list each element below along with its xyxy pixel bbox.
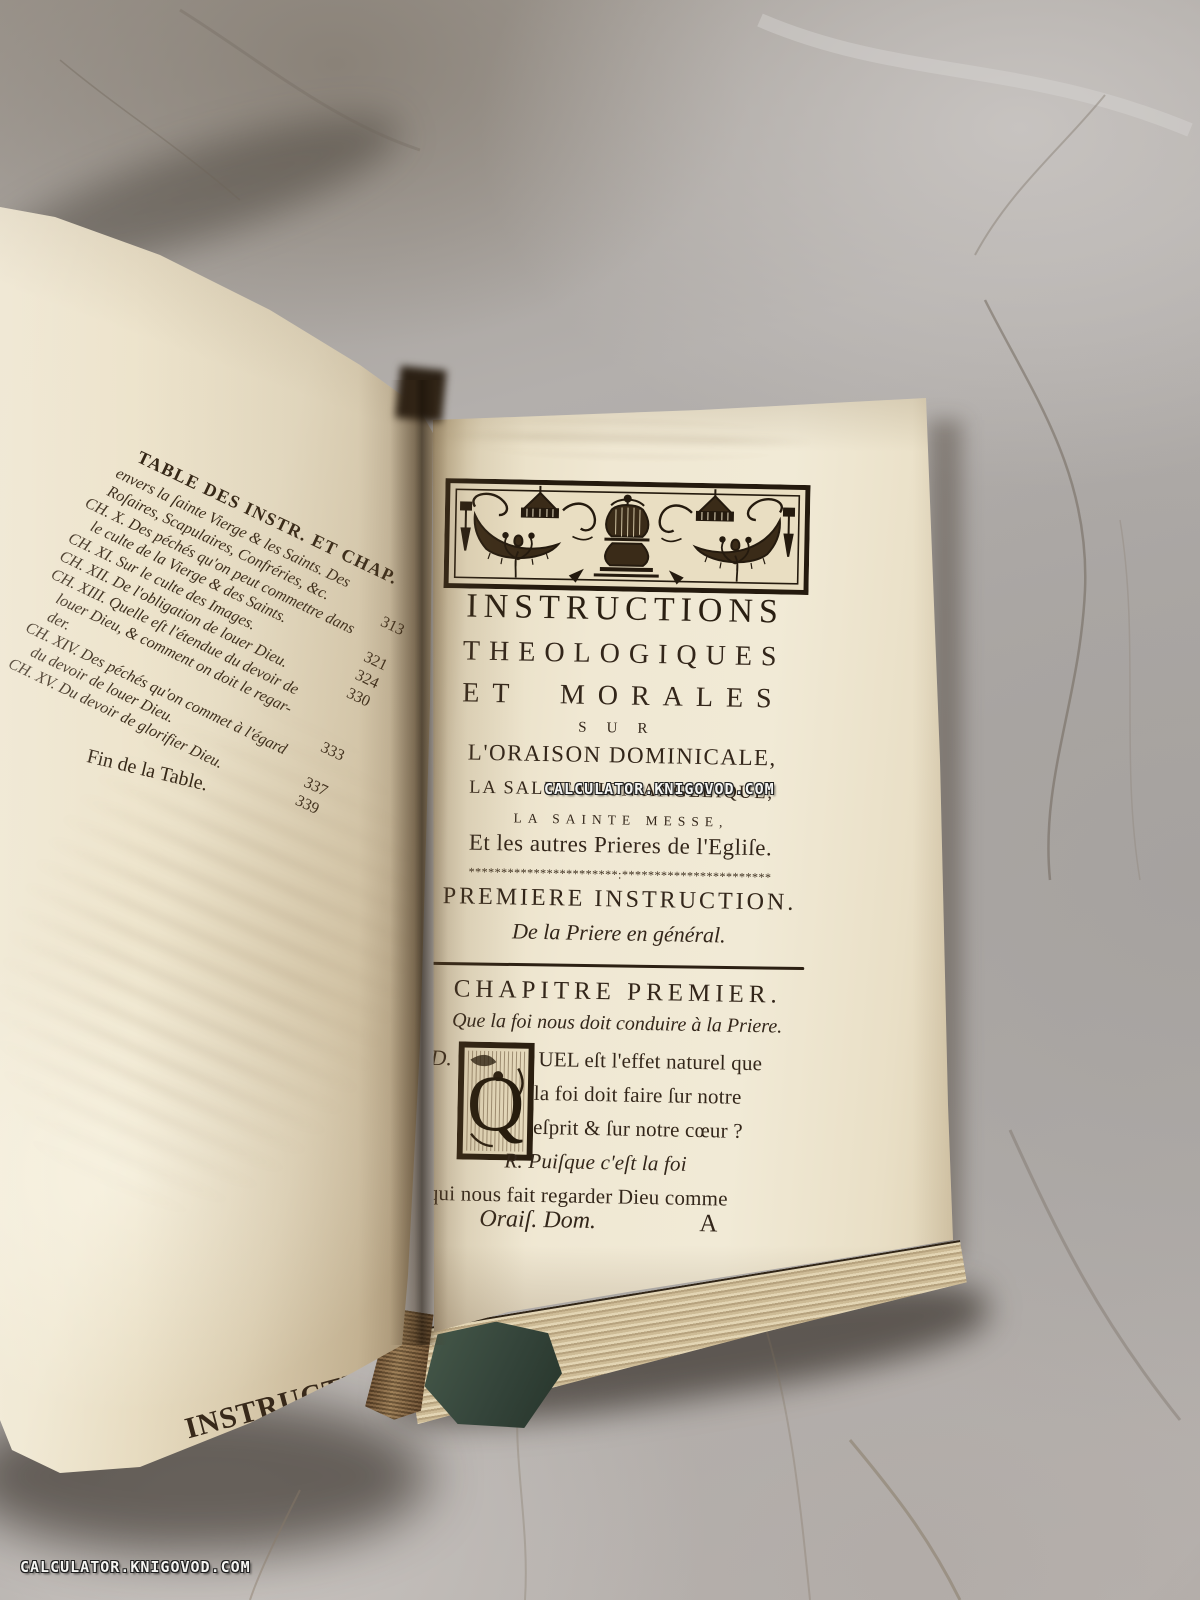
body-line-1: UEL eſt l'effet naturel que <box>538 1047 762 1076</box>
section-subtitle: De la Priere en général. <box>433 917 805 950</box>
right-page: INSTRUCTIONS THEOLOGIQUES ET MORALES SUR… <box>430 395 960 1340</box>
asterisk-divider: ***********************:****************… <box>434 864 806 886</box>
running-title-abbreviation: Oraiſ. Dom. <box>479 1206 596 1235</box>
chapter-heading: CHAPITRE PREMIER. <box>432 975 804 1010</box>
chapter-subtitle: Que la foi nous doit conduire à la Prier… <box>431 1009 803 1039</box>
title-line-7: LA SAINTE MESSE, <box>435 809 807 832</box>
toc-entry-page-number <box>348 730 357 748</box>
left-page: TABLE DES INSTR. ET CHAP. envers la ſain… <box>0 185 448 1487</box>
body-line-4: R. Puiſque c'eſt la foi <box>504 1148 687 1176</box>
right-page-content: INSTRUCTIONS THEOLOGIQUES ET MORALES SUR… <box>426 405 815 1292</box>
title-line-3: ET MORALES <box>437 677 810 716</box>
woodcut-headpiece-icon <box>443 478 810 595</box>
dropcap-Q-woodcut: Q <box>457 1041 535 1160</box>
section-heading: PREMIERE INSTRUCTION. <box>433 883 805 917</box>
gutter-top-gap <box>395 366 446 423</box>
title-line-2: THEOLOGIQUES <box>438 635 811 674</box>
page-footer: Oraiſ. Dom. A <box>427 1205 800 1252</box>
signature-mark: A <box>699 1210 718 1238</box>
show-through-band <box>442 413 815 466</box>
left-page-shading <box>0 185 448 1487</box>
headpiece-ornament <box>439 478 813 595</box>
horizontal-rule <box>432 962 804 970</box>
toc-rows: envers la ſainte Vierge & les Saints. De… <box>5 458 416 820</box>
table-of-contents: TABLE DES INSTR. ET CHAP. envers la ſain… <box>0 435 427 855</box>
title-line-5: L'ORAISON DOMINICALE, <box>436 739 808 772</box>
svg-text:Q: Q <box>466 1060 525 1149</box>
toc-entry-page-number <box>356 712 365 730</box>
dropcap-icon: Q <box>457 1041 535 1160</box>
toc-entry-page-number <box>407 605 416 623</box>
center-watermark: CALCULATOR.KNIGOVOD.COM <box>544 780 775 798</box>
photo-of-open-antique-book: TABLE DES INSTR. ET CHAP. envers la ſain… <box>0 0 1200 1600</box>
toc-entry-page-number <box>390 641 399 659</box>
title-line-8: Et les autres Prieres de l'Egliſe. <box>434 829 806 862</box>
body-line-3: eſprit & ſur notre cœur ? <box>533 1115 743 1144</box>
body-line-2: la foi doit faire ſur notre <box>534 1081 742 1110</box>
body-paragraph: D. Q <box>428 1041 803 1216</box>
bottom-watermark: CALCULATOR.KNIGOVOD.COM <box>20 1558 251 1576</box>
title-line-1: INSTRUCTIONS <box>439 587 812 632</box>
toc-entry-page-number <box>331 766 340 784</box>
title-line-4: SUR <box>437 717 809 741</box>
